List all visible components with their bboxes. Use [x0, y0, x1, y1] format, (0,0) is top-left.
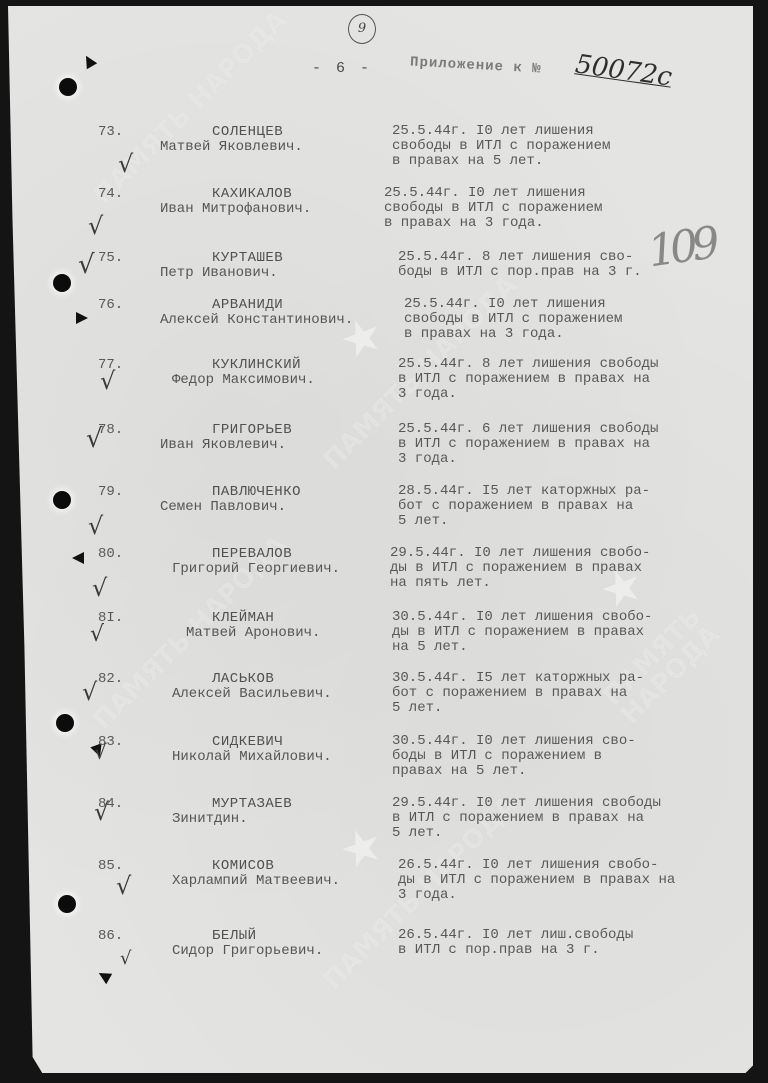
entry-surname: КУКЛИНСКИЙ: [212, 357, 301, 373]
entry-given-name: Иван Яковлевич.: [160, 437, 286, 453]
entry-surname: ПАВЛЮЧЕНКО: [212, 484, 301, 500]
entry-sentence: 28.5.44г. I5 лет каторжных ра- бот с пор…: [398, 484, 748, 529]
entry-sentence: 30.5.44г. I5 лет каторжных ра- бот с пор…: [392, 671, 742, 716]
checkmark-icon: √: [100, 367, 115, 395]
entry-sentence: 25.5.44г. I0 лет лишения свободы в ИТЛ с…: [384, 186, 734, 231]
entry-given-name: Зинитдин.: [172, 811, 248, 827]
entry-given-name: Петр Иванович.: [160, 265, 278, 281]
entry-surname: ГРИГОРЬЕВ: [212, 422, 292, 438]
entry-sentence: 30.5.44г. I0 лет лишения свобо- ды в ИТЛ…: [392, 610, 742, 655]
entry-surname: ПЕРЕВАЛОВ: [212, 546, 292, 562]
entry-surname: СИДКЕВИЧ: [212, 734, 283, 750]
checkmark-icon: √: [94, 798, 109, 826]
punch-hole: [59, 78, 77, 96]
entry-given-name: Григорий Георгиевич.: [172, 561, 340, 577]
entry-given-name: Федор Максимович.: [172, 372, 315, 388]
entry-surname: КЛЕЙМАН: [212, 610, 274, 626]
entry-number: 75.: [98, 250, 123, 266]
entry-surname: КОМИСОВ: [212, 858, 274, 874]
checkmark-icon: √: [88, 212, 103, 240]
entry-number: 82.: [98, 671, 123, 687]
entry-given-name: Алексей Васильевич.: [172, 686, 332, 702]
entry-number: 73.: [98, 124, 123, 140]
checkmark-icon: √: [78, 250, 95, 280]
entry-surname: КАХИКАЛОВ: [212, 186, 292, 202]
checkmark-icon: √: [116, 872, 131, 900]
entry-number: 86.: [98, 928, 123, 944]
entry-surname: БЕЛЫЙ: [212, 928, 257, 944]
entry-number: 76.: [98, 297, 123, 313]
checkmark-icon: √: [90, 622, 104, 647]
entry-sentence: 26.5.44г. I0 лет лишения свобо- ды в ИТЛ…: [398, 858, 748, 903]
entry-given-name: Матвей Яковлевич.: [160, 139, 303, 155]
entry-given-name: Николай Михайлович.: [172, 749, 332, 765]
entry-given-name: Сидор Григорьевич.: [172, 943, 323, 959]
checkmark-icon: √: [92, 574, 107, 602]
page-number: - 6 -: [312, 60, 372, 77]
entry-given-name: Иван Митрофанович.: [160, 201, 311, 217]
entry-given-name: Харлампий Матвеевич.: [172, 873, 340, 889]
entry-given-name: Семен Павлович.: [160, 499, 286, 515]
entry-number: 74.: [98, 186, 123, 202]
checkmark-icon: √: [118, 150, 133, 178]
entry-given-name: Алексей Константинович.: [160, 312, 353, 328]
entry-sentence: 25.5.44г. I0 лет лишения свободы в ИТЛ с…: [404, 297, 754, 342]
entry-number: 80.: [98, 546, 123, 562]
checkmark-icon: √: [94, 740, 107, 764]
entry-sentence: 29.5.44г. I0 лет лишения свободы в ИТЛ с…: [392, 796, 742, 841]
checkmark-icon: √: [120, 948, 131, 969]
entry-surname: МУРТАЗАЕВ: [212, 796, 292, 812]
circled-mark: 9: [348, 14, 376, 44]
checkmark-icon: √: [82, 678, 97, 706]
entry-sentence: 25.5.44г. I0 лет лишения свободы в ИТЛ с…: [392, 124, 742, 169]
entry-sentence: 25.5.44г. 6 лет лишения свободы в ИТЛ с …: [398, 422, 748, 467]
checkmark-icon: √: [86, 424, 103, 454]
entry-surname: КУРТАШЕВ: [212, 250, 283, 266]
checkmark-icon: √: [88, 512, 103, 540]
entry-surname: ЛАСЬКОВ: [212, 671, 274, 687]
entry-sentence: 25.5.44г. 8 лет лишения сво- боды в ИТЛ …: [398, 250, 748, 280]
entry-sentence: 25.5.44г. 8 лет лишения свободы в ИТЛ с …: [398, 357, 748, 402]
entry-surname: СОЛЕНЦЕВ: [212, 124, 283, 140]
entry-given-name: Матвей Аронович.: [186, 625, 320, 641]
entry-number: 79.: [98, 484, 123, 500]
list-item: 86.БЕЛЫЙСидор Григорьевич.26.5.44г. I0 л…: [0, 928, 768, 1008]
entry-sentence: 26.5.44г. I0 лет лиш.свободы в ИТЛ с пор…: [398, 928, 748, 958]
entry-surname: АРВАНИДИ: [212, 297, 283, 313]
entry-sentence: 29.5.44г. I0 лет лишения свобо- ды в ИТЛ…: [390, 546, 740, 591]
entry-sentence: 30.5.44г. I0 лет лишения сво- боды в ИТЛ…: [392, 734, 742, 779]
